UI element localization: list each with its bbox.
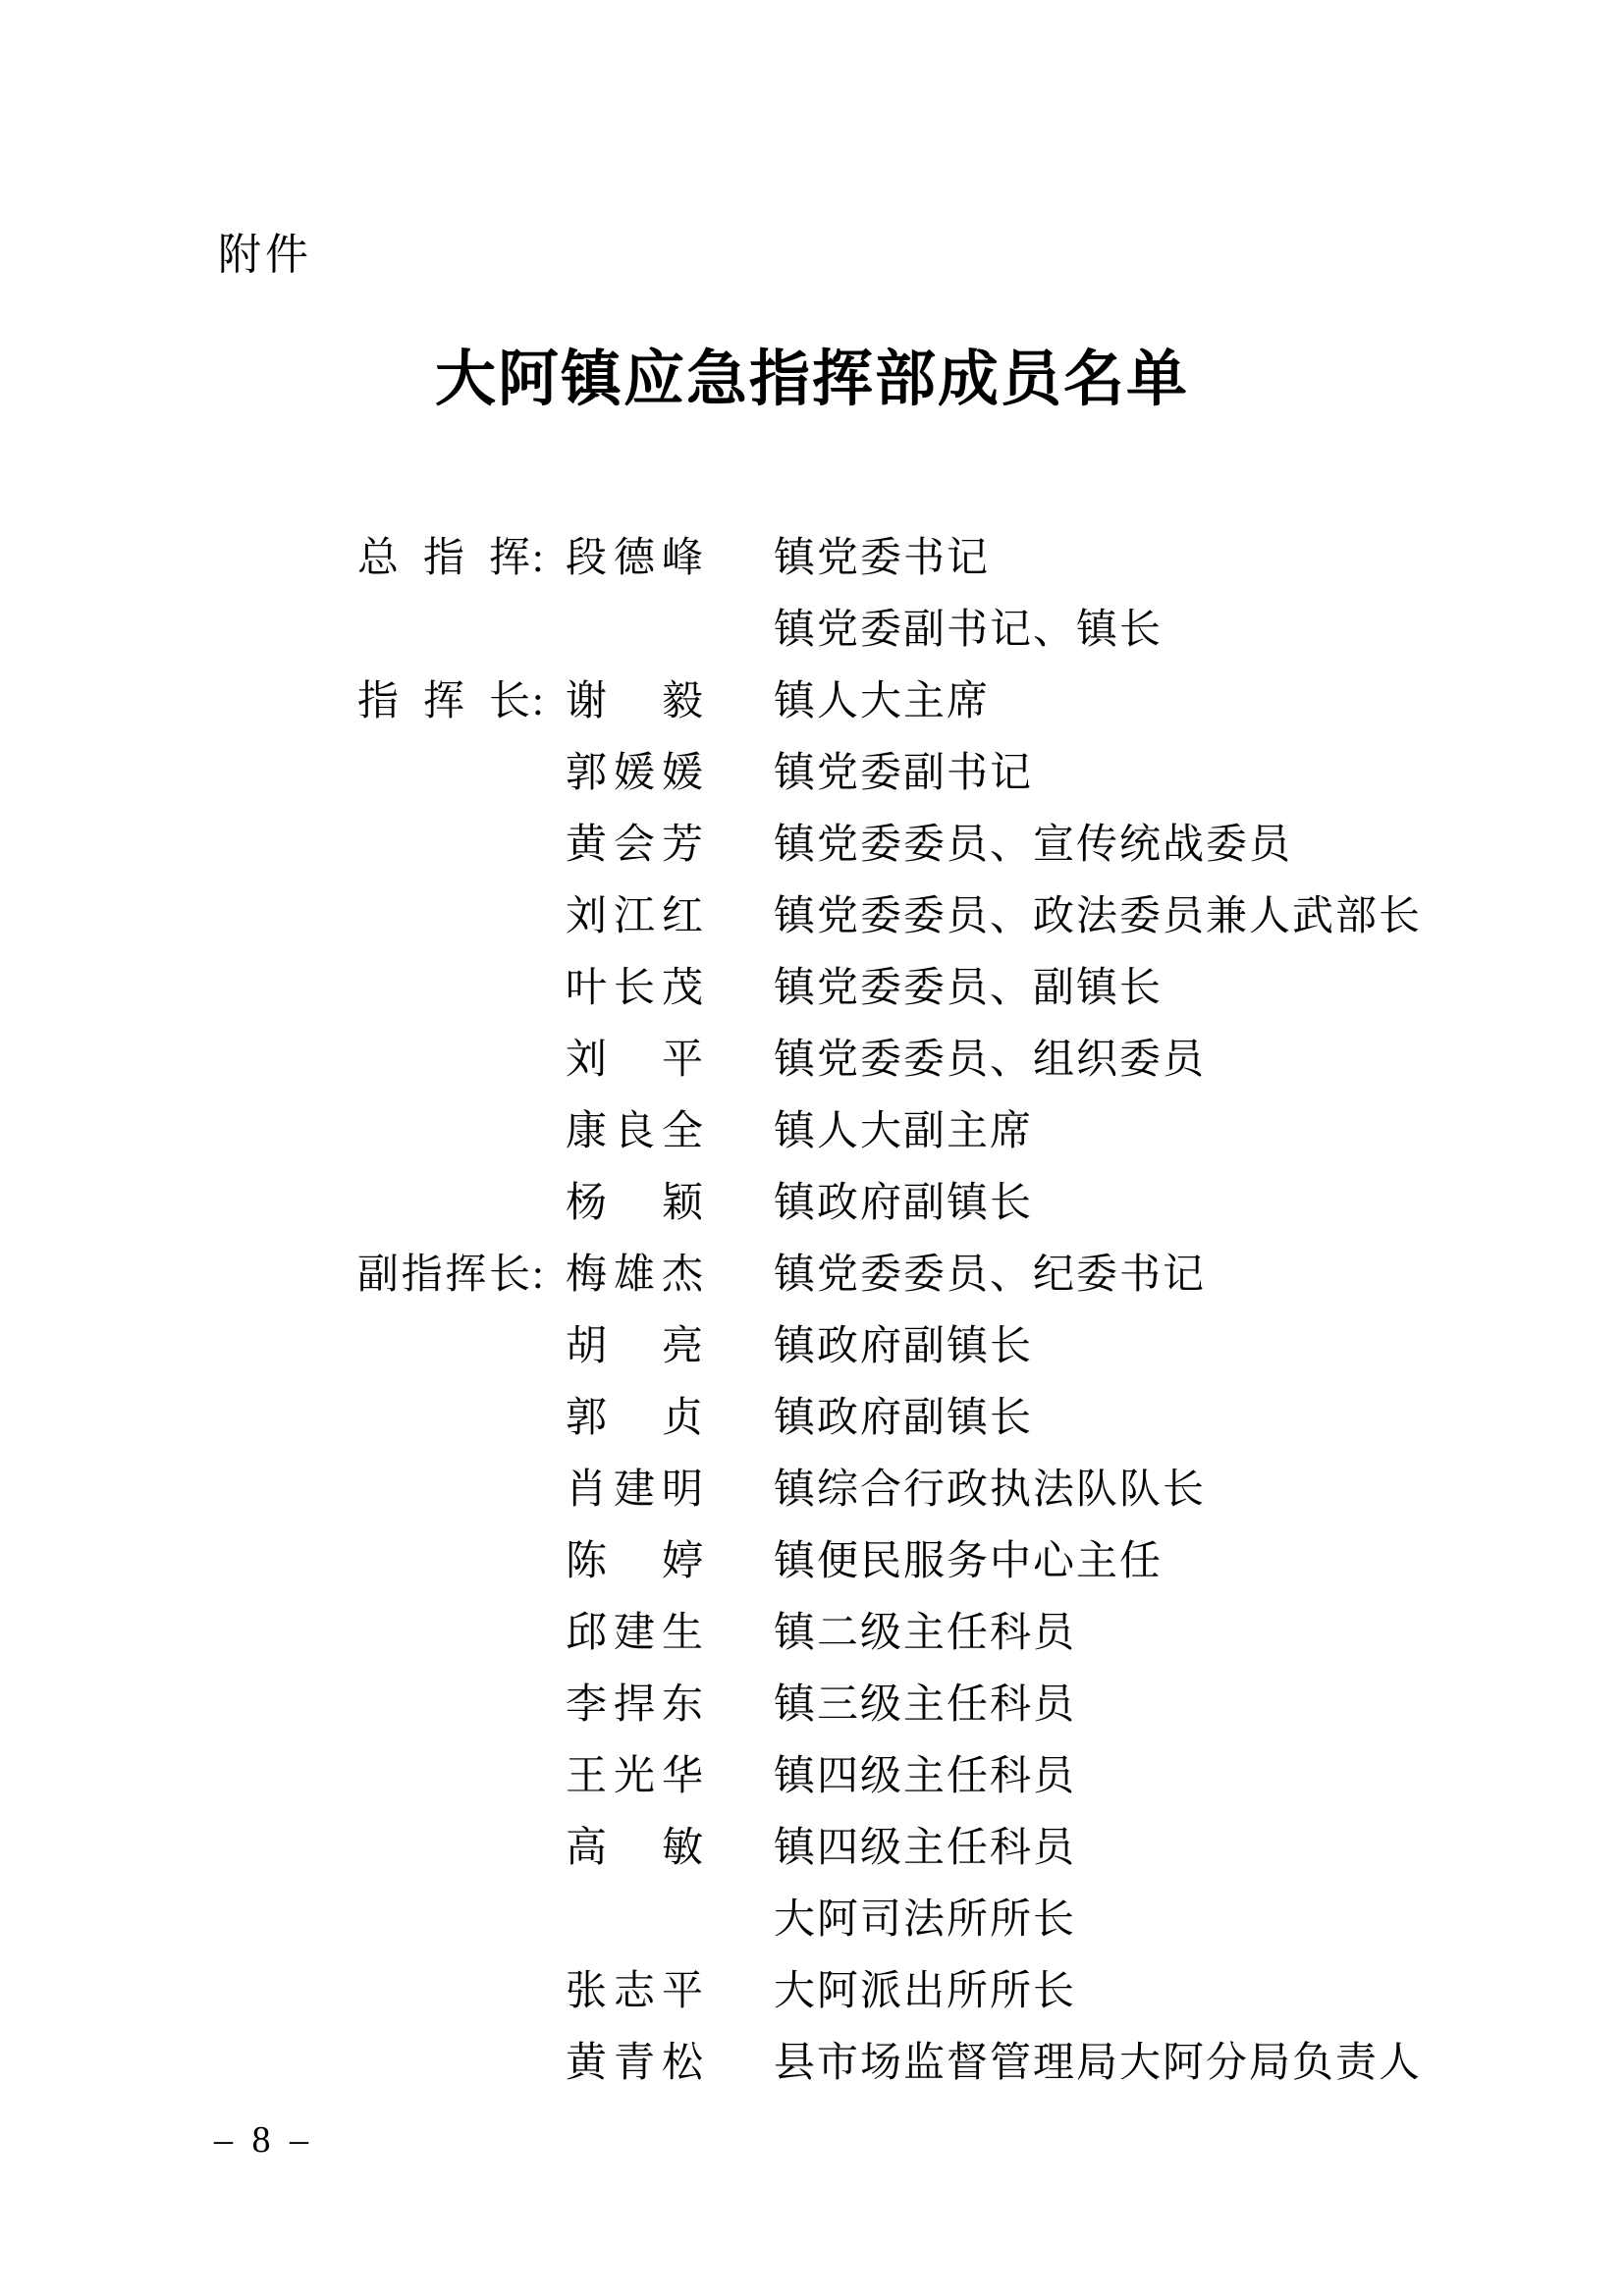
roster-name: 邱建生: [566, 1598, 705, 1670]
roster-title: 镇党委委员、宣传统战委员: [774, 810, 1292, 881]
roster-row: 郭媛媛镇党委副书记: [357, 738, 1422, 810]
roster-role-cell: [357, 1168, 566, 1240]
roster-row: 高敏镇四级主任科员: [357, 1813, 1422, 1885]
roster-role-label: 副指挥长: [357, 1240, 532, 1311]
roster-name: 杨颖: [566, 1168, 705, 1240]
roster-row: 陈婷镇便民服务中心主任: [357, 1526, 1422, 1598]
roster-row: 胡亮镇政府副镇长: [357, 1311, 1422, 1383]
roster-title: 镇政府副镇长: [774, 1168, 1033, 1240]
roster-role-cell: [357, 810, 566, 881]
roster-name: 张志平: [566, 1956, 705, 2028]
attachment-label: 附件: [218, 232, 312, 279]
page-title: 大阿镇应急指挥部成员名单: [0, 330, 1624, 417]
roster-row: 李捍东镇三级主任科员: [357, 1670, 1422, 1741]
roster-title: 镇党委委员、纪委书记: [774, 1240, 1206, 1311]
roster-name: 叶长茂: [566, 953, 705, 1025]
roster-name: 梅雄杰: [566, 1240, 705, 1311]
roster-title: 镇政府副镇长: [774, 1383, 1033, 1455]
roster-title: 大阿派出所所长: [774, 1956, 1076, 2028]
roster-title: 镇政府副镇长: [774, 1311, 1033, 1383]
roster-title: 镇党委书记: [774, 523, 990, 595]
roster-role-cell: 指挥长:: [357, 667, 566, 738]
roster-row: 肖建明镇综合行政执法队队长: [357, 1455, 1422, 1526]
roster-role-cell: [357, 1741, 566, 1813]
roster-name: 李捍东: [566, 1670, 705, 1741]
roster-name: 康良全: [566, 1096, 705, 1168]
roster-title: 镇综合行政执法队队长: [774, 1455, 1206, 1526]
roster-title: 大阿司法所所长: [774, 1885, 1076, 1956]
roster-title: 镇人大副主席: [774, 1096, 1033, 1168]
roster-role-cell: [357, 1670, 566, 1741]
roster-name: 谢毅: [566, 667, 705, 738]
roster-row: 黄会芳镇党委委员、宣传统战委员: [357, 810, 1422, 881]
roster-role-colon: :: [532, 1240, 546, 1311]
roster-role-cell: [357, 1383, 566, 1455]
roster-title: 镇四级主任科员: [774, 1813, 1076, 1885]
roster-name: 刘平: [566, 1025, 705, 1096]
roster-name: 高敏: [566, 1813, 705, 1885]
roster-role-cell: 总指挥:: [357, 523, 566, 595]
roster-title: 镇党委副书记: [774, 738, 1033, 810]
roster-role-cell: [357, 1096, 566, 1168]
roster-role-colon: :: [532, 667, 546, 738]
roster-role-label: 指挥长: [357, 667, 532, 738]
page-number: – 8 –: [214, 2118, 313, 2162]
roster-role-cell: [357, 1025, 566, 1096]
roster-role-colon: :: [532, 523, 546, 595]
roster-role-cell: [357, 1813, 566, 1885]
roster-name: 王光华: [566, 1741, 705, 1813]
roster-row: 康良全镇人大副主席: [357, 1096, 1422, 1168]
roster-row: 张志平大阿派出所所长: [357, 1956, 1422, 2028]
roster-role-label: 总指挥: [357, 523, 532, 595]
roster-title: 镇党委委员、组织委员: [774, 1025, 1206, 1096]
roster-role-cell: [357, 738, 566, 810]
roster-name: 郭媛媛: [566, 738, 705, 810]
roster-name: 陈婷: [566, 1526, 705, 1598]
roster-name: 郭贞: [566, 1383, 705, 1455]
roster-role-cell: [357, 1455, 566, 1526]
roster-name: 段德峰: [566, 523, 705, 595]
roster-row: 黄青松县市场监督管理局大阿分局负责人: [357, 2028, 1422, 2100]
roster-name: 胡亮: [566, 1311, 705, 1383]
roster-title: 镇四级主任科员: [774, 1741, 1076, 1813]
roster-role-cell: [357, 595, 566, 667]
roster-role-cell: [357, 2028, 566, 2100]
roster-title: 镇党委委员、副镇长: [774, 953, 1163, 1025]
roster-row: 王光华镇四级主任科员: [357, 1741, 1422, 1813]
roster-role-cell: 副指挥长:: [357, 1240, 566, 1311]
roster-row: 镇党委副书记、镇长: [357, 595, 1422, 667]
roster-row: 指挥长:谢毅镇人大主席: [357, 667, 1422, 738]
roster-role-cell: [357, 1311, 566, 1383]
roster-role-cell: [357, 953, 566, 1025]
roster-row: 刘江红镇党委委员、政法委员兼人武部长: [357, 881, 1422, 953]
roster-title: 镇二级主任科员: [774, 1598, 1076, 1670]
roster-name: 黄青松: [566, 2028, 705, 2100]
roster-role-cell: [357, 881, 566, 953]
roster-name: 肖建明: [566, 1455, 705, 1526]
roster-row: 杨颖镇政府副镇长: [357, 1168, 1422, 1240]
roster-row: 副指挥长:梅雄杰镇党委委员、纪委书记: [357, 1240, 1422, 1311]
roster-title: 县市场监督管理局大阿分局负责人: [774, 2028, 1422, 2100]
roster-row: 刘平镇党委委员、组织委员: [357, 1025, 1422, 1096]
roster-row: 大阿司法所所长: [357, 1885, 1422, 1956]
roster-row: 邱建生镇二级主任科员: [357, 1598, 1422, 1670]
document-page: 附件 大阿镇应急指挥部成员名单 总指挥:段德峰镇党委书记 镇党委副书记、镇长 指…: [0, 0, 1624, 2296]
roster-role-cell: [357, 1526, 566, 1598]
roster-name: 黄会芳: [566, 810, 705, 881]
roster-name: 刘江红: [566, 881, 705, 953]
roster-role-cell: [357, 1885, 566, 1956]
roster-role-cell: [357, 1598, 566, 1670]
roster-title: 镇党委副书记、镇长: [774, 595, 1163, 667]
roster-row: 叶长茂镇党委委员、副镇长: [357, 953, 1422, 1025]
roster-row: 郭贞镇政府副镇长: [357, 1383, 1422, 1455]
roster-title: 镇党委委员、政法委员兼人武部长: [774, 881, 1422, 953]
roster-role-cell: [357, 1956, 566, 2028]
roster-title: 镇人大主席: [774, 667, 990, 738]
roster-title: 镇三级主任科员: [774, 1670, 1076, 1741]
roster-list: 总指挥:段德峰镇党委书记 镇党委副书记、镇长 指挥长:谢毅镇人大主席 郭媛媛镇党…: [357, 523, 1422, 2100]
roster-row: 总指挥:段德峰镇党委书记: [357, 523, 1422, 595]
roster-title: 镇便民服务中心主任: [774, 1526, 1163, 1598]
